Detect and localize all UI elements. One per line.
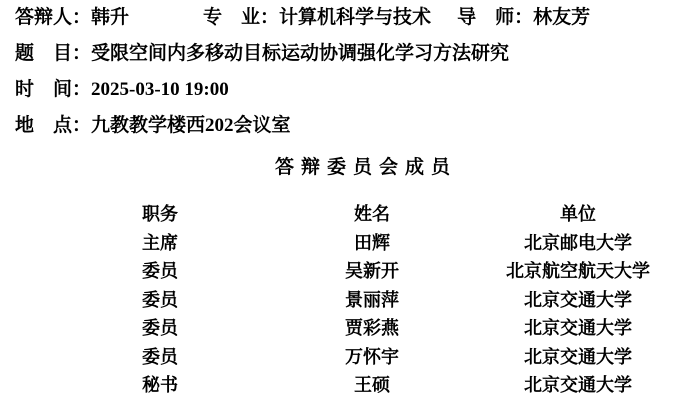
location-value: 九教教学楼西202会议室 [91,115,291,136]
location-field: 地 点：九教教学楼西202会议室 [15,108,291,144]
time-value: 2025-03-10 19:00 [91,79,229,100]
column-header-role: 职务 [60,200,260,229]
major-field: 专 业：计算机科学与技术 [203,0,431,36]
defender-field: 答辩人：韩升 [15,0,129,36]
row-name: 王硕 [260,371,484,400]
row-affiliation: 北京交通大学 [484,314,672,343]
column-header-affiliation: 单位 [484,200,672,229]
defense-announcement-page: 答辩人：韩升 专 业：计算机科学与技术 导 师：林友芳 题 目：受限空间内多移动… [0,0,683,413]
row-affiliation: 北京交通大学 [484,286,672,315]
row-role: 委员 [60,343,260,372]
row-role: 委员 [60,314,260,343]
row-role: 主席 [60,229,260,258]
defender-major-advisor-line: 答辩人：韩升 专 业：计算机科学与技术 导 师：林友芳 [15,0,683,36]
row-role: 秘书 [60,371,260,400]
thesis-title-label: 题 目： [15,43,91,64]
defense-info-block: 答辩人：韩升 专 业：计算机科学与技术 导 师：林友芳 题 目：受限空间内多移动… [0,0,683,144]
defender-value: 韩升 [91,7,129,28]
row-affiliation: 北京交通大学 [484,371,672,400]
time-field: 时 间：2025-03-10 19:00 [15,72,229,108]
advisor-label: 导 师： [457,7,533,28]
row-affiliation: 北京航空航天大学 [484,257,672,286]
major-label: 专 业： [203,7,279,28]
row-role: 委员 [60,257,260,286]
time-label: 时 间： [15,79,91,100]
thesis-title-field: 题 目：受限空间内多移动目标运动协调强化学习方法研究 [15,36,509,72]
thesis-title-value: 受限空间内多移动目标运动协调强化学习方法研究 [91,43,509,64]
location-line: 地 点：九教教学楼西202会议室 [15,108,683,144]
row-name: 景丽萍 [260,286,484,315]
advisor-value: 林友芳 [533,7,590,28]
row-affiliation: 北京邮电大学 [484,229,672,258]
location-label: 地 点： [15,115,91,136]
thesis-title-line: 题 目：受限空间内多移动目标运动协调强化学习方法研究 [15,36,683,72]
time-line: 时 间：2025-03-10 19:00 [15,72,683,108]
row-name: 吴新开 [260,257,484,286]
committee-table: 职务 姓名 单位 主席 田辉 北京邮电大学 委员 吴新开 北京航空航天大学 委员… [60,200,672,400]
row-affiliation: 北京交通大学 [484,343,672,372]
advisor-field: 导 师：林友芳 [457,0,590,36]
column-header-name: 姓名 [260,200,484,229]
row-name: 田辉 [260,229,484,258]
major-value: 计算机科学与技术 [279,7,431,28]
row-role: 委员 [60,286,260,315]
row-name: 万怀宇 [260,343,484,372]
committee-section-title: 答辩委员会成员 [60,144,672,192]
row-name: 贾彩燕 [260,314,484,343]
defender-label: 答辩人： [15,7,91,28]
